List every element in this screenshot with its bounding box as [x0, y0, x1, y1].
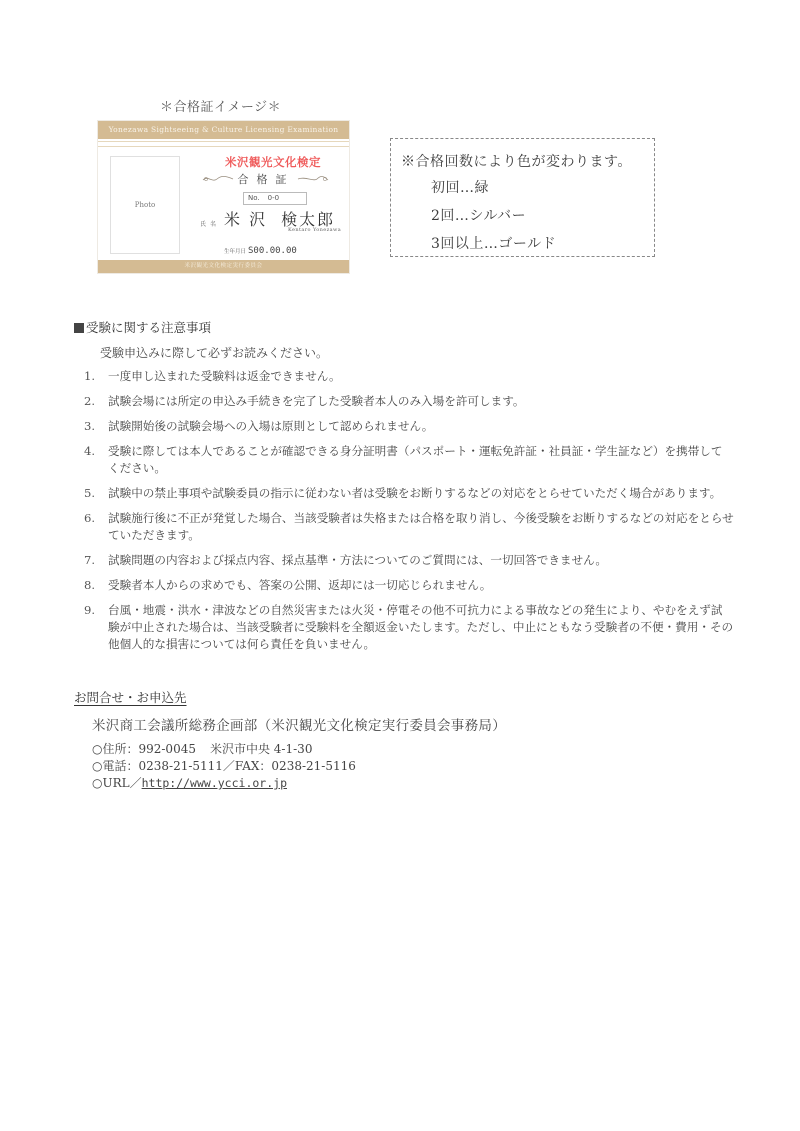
color-note-item: 3回以上…ゴールド — [431, 233, 654, 253]
contact-url: ○URL／http://www.ycci.or.jp — [92, 775, 356, 792]
notice-item-number: 3. — [84, 418, 95, 435]
notice-item-number: 1. — [84, 368, 95, 385]
notice-item-number: 2. — [84, 393, 95, 410]
notice-item-text: 試験会場には所定の申込み手続きを完了した受験者本人のみ入場を許可します。 — [108, 394, 524, 408]
notice-item: 2.試験会場には所定の申込み手続きを完了した受験者本人のみ入場を許可します。 — [84, 393, 734, 410]
notice-item: 1.一度申し込まれた受験料は返金できません。 — [84, 368, 734, 385]
contact-address: ○住所：992-0045米沢市中央 4-1-30 — [92, 741, 356, 758]
certificate-title: 米沢観光文化検定 — [208, 154, 338, 170]
photo-label: Photo — [135, 201, 155, 209]
notice-item: 9.台風・地震・洪水・津波などの自然災害または火災・停電その他不可抗力による事故… — [84, 602, 734, 653]
certificate-number-box: No.0-0 — [243, 192, 307, 205]
certificate-number-label: No. — [248, 194, 260, 202]
notice-heading: 受験に関する注意事項 — [74, 318, 211, 336]
holder-family-name: 米 沢 — [224, 210, 267, 229]
color-note-item: 初回…緑 — [431, 177, 654, 197]
left-flourish-icon — [202, 174, 234, 184]
notice-item-text: 一度申し込まれた受験料は返金できません。 — [108, 369, 341, 383]
notice-item-number: 4. — [84, 443, 95, 460]
notice-heading-text: 受験に関する注意事項 — [86, 320, 211, 335]
certificate-divider-lines — [98, 141, 349, 147]
notice-item-number: 9. — [84, 602, 95, 619]
url-label: ○URL／ — [92, 776, 142, 790]
color-note-item: 2回…シルバー — [431, 205, 654, 225]
notice-item-number: 8. — [84, 577, 95, 594]
notice-item: 8.受験者本人からの求めでも、答案の公開、返却には一切応じられません。 — [84, 577, 734, 594]
notice-item-number: 6. — [84, 510, 95, 527]
color-note-lead: ※合格回数により色が変わります。 — [401, 151, 654, 171]
dob-value: S00.00.00 — [248, 246, 297, 256]
notice-item-text: 試験施行後に不正が発覚した場合、当該受験者は失格または合格を取り消し、今後受験を… — [108, 511, 734, 542]
notice-list: 1.一度申し込まれた受験料は返金できません。 2.試験会場には所定の申込み手続き… — [84, 368, 734, 661]
contact-phone: ○電話：0238-21-5111／FAX：0238-21-5116 — [92, 758, 356, 775]
notice-item: 5.試験中の禁止事項や試験委員の指示に従わない者は受験をお断りするなどの対応をと… — [84, 485, 734, 502]
website-link[interactable]: http://www.ycci.or.jp — [142, 776, 287, 790]
certificate-top-band: Yonezawa Sightseeing & Culture Licensing… — [98, 121, 349, 139]
photo-placeholder: Photo — [110, 156, 180, 254]
notice-item-text: 試験開始後の試験会場への入場は原則として認められません。 — [108, 419, 433, 433]
holder-name-romaji: Kentaro Yonezawa — [288, 227, 341, 233]
certificate-number-value: 0-0 — [268, 194, 279, 202]
contact-heading: お問合せ・お申込先 — [74, 688, 187, 706]
dob-label: 生年月日 — [224, 249, 246, 255]
notice-item-text: 台風・地震・洪水・津波などの自然災害または火災・停電その他不可抗力による事故など… — [108, 603, 733, 651]
address-value: 米沢市中央 4-1-30 — [210, 742, 312, 756]
notice-item-text: 試験中の禁止事項や試験委員の指示に従わない者は受験をお断りするなどの対応をとらせ… — [108, 486, 721, 500]
right-flourish-icon — [297, 174, 329, 184]
notice-item-number: 5. — [84, 485, 95, 502]
notice-item-text: 試験問題の内容および採点内容、採点基準・方法についてのご質問には、一切回答できま… — [108, 553, 607, 567]
notice-item: 6.試験施行後に不正が発覚した場合、当該受験者は失格または合格を取り消し、今後受… — [84, 510, 734, 544]
address-label: ○住所：992-0045 — [92, 742, 196, 756]
certificate-card-image: Yonezawa Sightseeing & Culture Licensing… — [98, 121, 349, 273]
notice-item: 7.試験問題の内容および採点内容、採点基準・方法についてのご質問には、一切回答で… — [84, 552, 734, 569]
certificate-bottom-band: 米沢観光文化検定実行委員会 — [98, 260, 349, 273]
color-note-box: ※合格回数により色が変わります。 初回…緑 2回…シルバー 3回以上…ゴールド — [390, 138, 655, 257]
notice-item: 4.受験に際しては本人であることが確認できる身分証明書（パスポート・運転免許証・… — [84, 443, 734, 477]
date-of-birth: 生年月日S00.00.00 — [224, 238, 297, 257]
notice-item-text: 受験に際しては本人であることが確認できる身分証明書（パスポート・運転免許証・社員… — [108, 444, 722, 475]
certificate-heading-row: 合格証 — [190, 171, 340, 187]
contact-organization: 米沢商工会議所総務企画部（米沢観光文化検定実行委員会事務局） — [92, 714, 506, 734]
name-label: 氏名 — [200, 219, 220, 228]
certificate-heading: 合格証 — [238, 171, 295, 187]
notice-intro: 受験申込みに際して必ずお読みください。 — [100, 344, 328, 361]
notice-item: 3.試験開始後の試験会場への入場は原則として認められません。 — [84, 418, 734, 435]
notice-item-number: 7. — [84, 552, 95, 569]
notice-item-text: 受験者本人からの求めでも、答案の公開、返却には一切応じられません。 — [108, 578, 491, 592]
square-bullet-icon — [74, 323, 84, 333]
contact-details: ○住所：992-0045米沢市中央 4-1-30 ○電話：0238-21-511… — [92, 741, 356, 792]
certificate-image-caption: ＊合格証イメージ＊ — [160, 96, 281, 115]
